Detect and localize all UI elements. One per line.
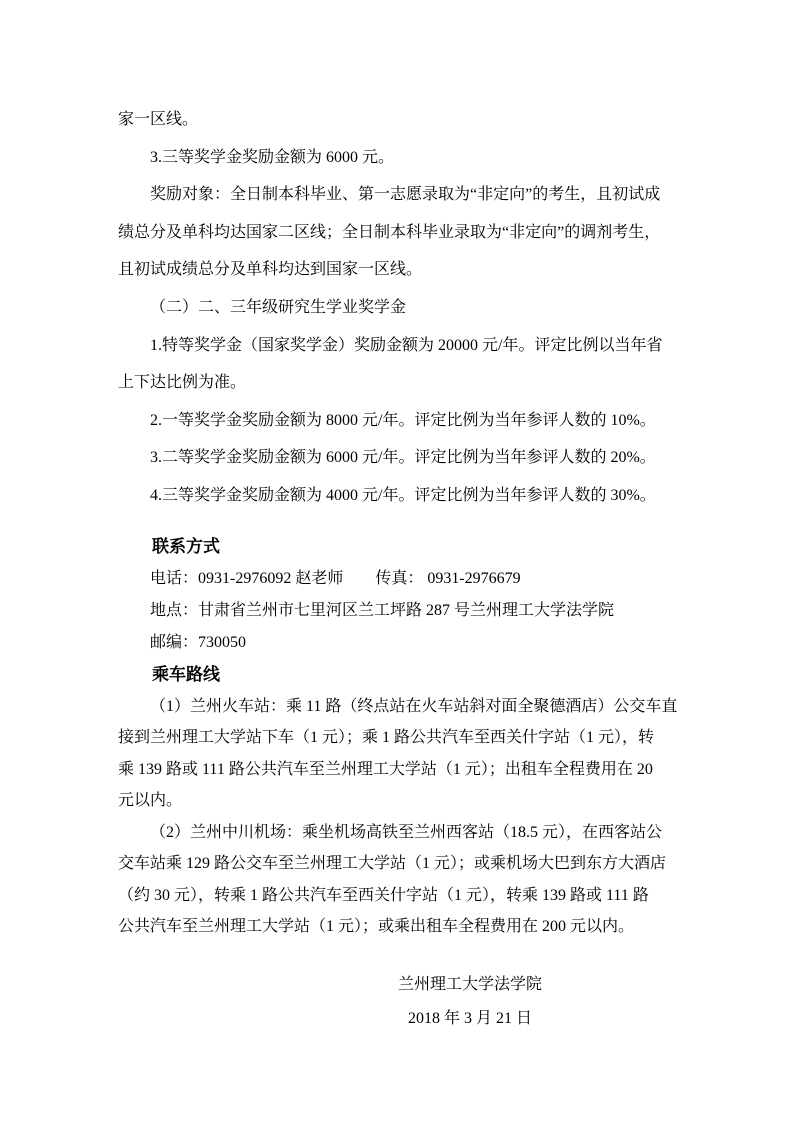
postcode-line: 邮编：730050 [118, 627, 674, 659]
text-line: （2）兰州中川机场：乘坐机场高铁至兰州西客站（18.5 元），在西客站公 [118, 817, 674, 849]
text-line: 接到兰州理工大学站下车（1 元）；乘 1 路公共汽车至西关什字站（1 元），转 [118, 722, 674, 754]
paragraph-route-airport: （2）兰州中川机场：乘坐机场高铁至兰州西客站（18.5 元），在西客站公交车站乘… [118, 817, 674, 943]
signature-block: 兰州理工大学法学院 2018 年 3 月 21 日 [118, 968, 674, 1036]
subsection-heading-academic-scholarship: （二）二、三年级研究生学业奖学金 [118, 289, 674, 327]
text-line: 公共汽车至兰州理工大学站（1 元）；或乘出租车全程费用在 200 元以内。 [118, 911, 674, 943]
text-line: （1）兰州火车站：乘 11 路（终点站在火车站斜对面全聚德酒店）公交车直 [118, 691, 674, 723]
text-line: 3.三等奖学金奖励金额为 6000 元。 [118, 139, 674, 177]
text-line: 奖励对象：全日制本科毕业、第一志愿录取为“非定向”的考生，且初试成 [118, 176, 674, 214]
scholarship-section: 家一区线。 3.三等奖学金奖励金额为 6000 元。 奖励对象：全日制本科毕业、… [118, 101, 674, 515]
text-line: （约 30 元），转乘 1 路公共汽车至西关什字站（1 元），转乘 139 路或… [118, 880, 674, 912]
routes-heading: 乘车路线 [118, 659, 674, 691]
text-line: 2.一等奖学金奖励金额为 8000 元/年。评定比例为当年参评人数的 10%。 [118, 402, 674, 440]
text-line: 1.特等奖学金（国家奖学金）奖励金额为 20000 元/年。评定比例以当年省 [118, 327, 674, 365]
paragraph-route-train-station: （1）兰州火车站：乘 11 路（终点站在火车站斜对面全聚德酒店）公交车直接到兰州… [118, 691, 674, 817]
paragraph-third-class-award: 3.三等奖学金奖励金额为 6000 元。 [118, 139, 674, 177]
paragraph-carryover: 家一区线。 [118, 101, 674, 139]
document-page: 家一区线。 3.三等奖学金奖励金额为 6000 元。 奖励对象：全日制本科毕业、… [0, 0, 793, 1122]
text-line: 4.三等奖学金奖励金额为 4000 元/年。评定比例为当年参评人数的 30%。 [118, 477, 674, 515]
text-line: 乘 139 路或 111 路公共汽车至兰州理工大学站（1 元）；出租车全程费用在… [118, 754, 674, 786]
paragraph-third-class-scholarship: 4.三等奖学金奖励金额为 4000 元/年。评定比例为当年参评人数的 30%。 [118, 477, 674, 515]
signature-organization: 兰州理工大学法学院 [266, 968, 674, 1002]
text-line: 绩总分及单科均达国家二区线；全日制本科毕业录取为“非定向”的调剂考生， [118, 214, 674, 252]
text-line: （二）二、三年级研究生学业奖学金 [118, 289, 674, 327]
address-line: 地点：甘肃省兰州市七里河区兰工坪路 287 号兰州理工大学法学院 [118, 595, 674, 627]
contact-section: 联系方式 电话：0931-2976092 赵老师 传真： 0931-297667… [118, 531, 674, 691]
paragraph-special-scholarship: 1.特等奖学金（国家奖学金）奖励金额为 20000 元/年。评定比例以当年省上下… [118, 327, 674, 402]
text-line: 元以内。 [118, 785, 674, 817]
routes-section: （1）兰州火车站：乘 11 路（终点站在火车站斜对面全聚德酒店）公交车直接到兰州… [118, 691, 674, 943]
paragraph-first-class-scholarship: 2.一等奖学金奖励金额为 8000 元/年。评定比例为当年参评人数的 10%。 [118, 402, 674, 440]
text-line: 上下达比例为准。 [118, 364, 674, 402]
contact-heading: 联系方式 [118, 531, 674, 563]
phone-fax-line: 电话：0931-2976092 赵老师 传真： 0931-2976679 [118, 563, 674, 595]
paragraph-award-target: 奖励对象：全日制本科毕业、第一志愿录取为“非定向”的考生，且初试成绩总分及单科均… [118, 176, 674, 289]
text-line: 家一区线。 [118, 101, 674, 139]
signature-date: 2018 年 3 月 21 日 [266, 1002, 674, 1036]
paragraph-second-class-scholarship: 3.二等奖学金奖励金额为 6000 元/年。评定比例为当年参评人数的 20%。 [118, 439, 674, 477]
text-line: 交车站乘 129 路公交车至兰州理工大学站（1 元）；或乘机场大巴到东方大酒店 [118, 848, 674, 880]
text-line: 3.二等奖学金奖励金额为 6000 元/年。评定比例为当年参评人数的 20%。 [118, 439, 674, 477]
text-line: 且初试成绩总分及单科均达到国家一区线。 [118, 251, 674, 289]
